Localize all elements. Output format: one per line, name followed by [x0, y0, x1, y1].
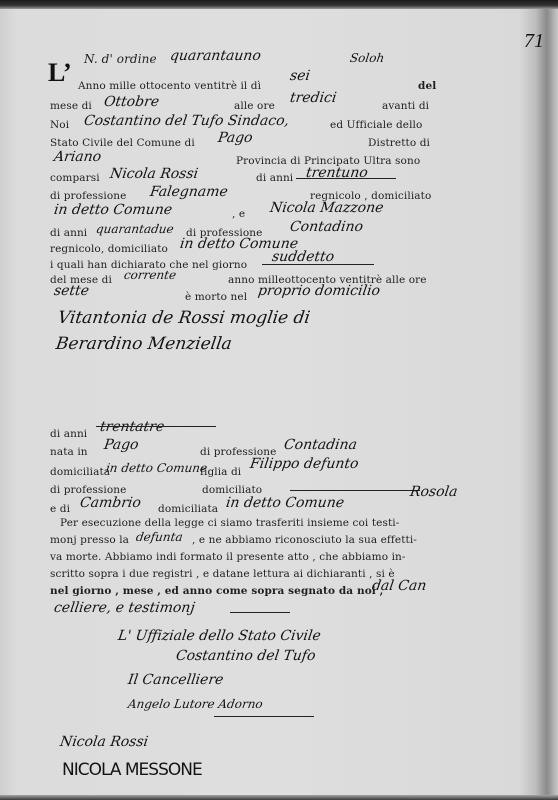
- handwritten-mayor: Costantino del Tufo Sindaco,: [83, 113, 290, 129]
- scan-top-edge: [0, 0, 558, 9]
- underline: [296, 178, 396, 179]
- order-label: N. d' ordine: [84, 52, 157, 66]
- handwritten-month-death: corrente: [123, 268, 177, 282]
- signature-witness-1: Nicola Rossi: [59, 734, 149, 750]
- handwritten-deceased-name: Vitantonia de Rossi moglie di: [57, 308, 312, 328]
- handwritten-profession-deceased: Contadina: [283, 437, 358, 453]
- text-line: scritto sopra i due registri , e datane …: [50, 568, 395, 580]
- text-line: Distretto di: [368, 137, 430, 149]
- text-line: avanti di: [382, 100, 429, 112]
- handwritten-profession-2: Contadino: [289, 219, 364, 235]
- underline: [96, 426, 216, 427]
- handwritten-age-deceased: trentatre: [99, 419, 165, 435]
- document-page: 71 N. d' ordine quarantauno Soloh L’ Ann…: [0, 0, 558, 800]
- handwritten-age-2: quarantadue: [95, 222, 175, 236]
- handwritten-district: Ariano: [53, 149, 102, 165]
- handwritten-declarant-1: Nicola Rossi: [109, 166, 199, 182]
- text-line: del: [418, 80, 436, 92]
- text-line: di anni: [256, 172, 293, 184]
- handwritten-month: Ottobre: [103, 94, 160, 110]
- handwritten-birthplace: Pago: [103, 437, 140, 453]
- text-line: domiciliata: [50, 466, 110, 478]
- text-line: di anni: [50, 428, 87, 440]
- signature-officer-title: L' Uffiziale dello Stato Civile: [117, 628, 322, 644]
- order-value: quarantauno: [169, 48, 262, 64]
- initial-letter: L’: [48, 58, 72, 88]
- handwritten-domicile-deceased: in detto Comune: [105, 461, 208, 475]
- text-line: nata in: [50, 446, 88, 458]
- page-number: 71: [524, 30, 544, 53]
- handwritten-husband-name: Berardino Menziella: [55, 334, 234, 354]
- handwritten-hour-death: sette: [53, 283, 90, 299]
- text-line: Per esecuzione della legge ci siamo tras…: [60, 517, 399, 529]
- handwritten-mother-domicile: in detto Comune: [225, 495, 345, 511]
- signature-witness-2: NICOLA MESSONE: [62, 760, 202, 780]
- handwritten-commune: Pago: [217, 130, 254, 146]
- text-line: comparsi: [50, 172, 100, 184]
- text-line: regnicolo, domiciliato: [50, 243, 168, 255]
- text-line: ed Ufficiale dello: [330, 119, 422, 131]
- underline: [290, 490, 420, 491]
- text-line: Noi: [50, 119, 69, 131]
- text-line: Anno mille ottocento ventitrè il dì: [78, 80, 261, 92]
- handwritten-day: sei: [289, 68, 311, 84]
- text-line: monj presso la: [50, 534, 129, 546]
- text-line: di professione: [50, 190, 126, 202]
- handwritten-place-death: proprio domicilio: [257, 283, 381, 299]
- handwritten-father: Filippo defunto: [249, 456, 360, 472]
- text-line: di anni: [50, 227, 87, 239]
- handwritten-mother: Cambrio: [79, 495, 142, 511]
- handwritten-profession-1: Falegname: [149, 184, 229, 200]
- scan-bottom-edge: [0, 795, 558, 800]
- margin-note: Soloh: [349, 51, 385, 65]
- handwritten-clause: celliere, e testimonj: [53, 600, 196, 616]
- text-line: e di: [50, 503, 70, 515]
- handwritten-mother-surname: Rosola: [409, 484, 459, 500]
- handwritten-day-death: suddetto: [271, 249, 335, 265]
- signature-officer-name: Costantino del Tufo: [175, 648, 317, 664]
- underline: [262, 264, 374, 265]
- text-line: domiciliata: [158, 503, 218, 515]
- text-line: , e ne abbiamo riconosciuto la sua effet…: [192, 534, 417, 546]
- text-line: figlia di: [200, 466, 241, 478]
- handwritten-declarant-2: Nicola Mazzone: [269, 200, 385, 216]
- text-line: va morte. Abbiamo indi formato il presen…: [50, 551, 406, 563]
- text-line: nel giorno , mese , ed anno come sopra s…: [50, 585, 383, 597]
- text-line: mese di: [50, 100, 92, 112]
- text-line: , e: [232, 208, 245, 220]
- underline: [214, 716, 314, 717]
- signature-clerk-name: Angelo Lutore Adorno: [127, 697, 264, 711]
- text-line: è morto nel: [185, 291, 247, 303]
- handwritten-clause: dal Can: [371, 578, 428, 594]
- handwritten-hour: tredici: [289, 90, 338, 106]
- handwritten-domicile-1: in detto Comune: [53, 202, 173, 218]
- text-line: Stato Civile del Comune di: [50, 137, 195, 149]
- underline: [230, 612, 290, 613]
- handwritten-defunta: defunta: [135, 530, 184, 544]
- signature-clerk-title: Il Cancelliere: [127, 672, 225, 688]
- text-line: alle ore: [234, 100, 275, 112]
